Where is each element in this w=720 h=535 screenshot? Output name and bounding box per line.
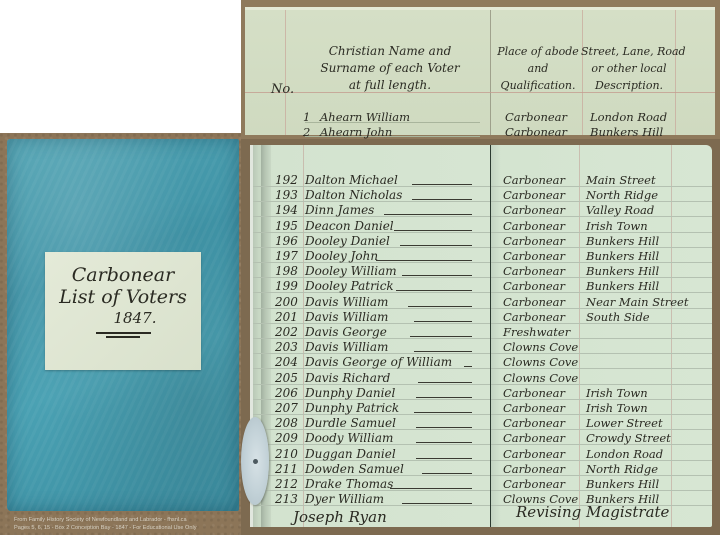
header-name-line-2: Surname of each Voter xyxy=(300,60,480,77)
fill-dash xyxy=(416,458,472,459)
voter-number: 196 xyxy=(275,234,298,248)
row-number: 1 xyxy=(303,110,310,124)
abode-cell: Carbonear xyxy=(503,431,565,445)
register-photo: 192Dalton Michael193Dalton Nicholas194Di… xyxy=(241,139,720,535)
fill-dash xyxy=(384,214,472,215)
voter-number: 197 xyxy=(275,249,298,263)
voter-name: Ahearn John xyxy=(320,125,392,139)
street-cell: Irish Town xyxy=(586,219,648,233)
header-number-column: No. xyxy=(271,82,294,97)
street-cell: Valley Road xyxy=(586,203,654,217)
fill-dash xyxy=(464,366,472,367)
abode-cell: Carbonear xyxy=(503,447,565,461)
abode-cell: Carbonear xyxy=(503,279,565,293)
header-abode-line-3: Qualification. xyxy=(493,77,583,94)
abode-cell: Carbonear xyxy=(503,401,565,415)
voter-name: Dowden Samuel xyxy=(305,462,404,476)
signature-revising-magistrate: Revising Magistrate xyxy=(516,503,669,521)
voter-name: Ahearn William xyxy=(320,110,410,124)
register-places-page: CarbonearMain StreetCarbonearNorth Ridge… xyxy=(490,145,712,527)
street-cell: Bunkers Hill xyxy=(586,264,659,278)
voter-name: Dyer William xyxy=(305,492,384,506)
abode-cell: Carbonear xyxy=(503,219,565,233)
header-abode-column: Place of abode and Qualification. xyxy=(493,43,583,94)
header-name-column: Christian Name and Surname of each Voter… xyxy=(300,43,480,94)
street-cell: Main Street xyxy=(586,173,656,187)
fill-dash xyxy=(402,275,472,276)
register-names-page: 192Dalton Michael193Dalton Nicholas194Di… xyxy=(250,145,490,527)
fill-dash xyxy=(414,412,472,413)
header-abode-line-2: and xyxy=(493,60,583,77)
voter-name: Davis William xyxy=(305,310,388,324)
voter-name: Davis William xyxy=(305,340,388,354)
fill-dash xyxy=(394,230,472,231)
fill-dash xyxy=(408,306,472,307)
voter-number: 200 xyxy=(275,295,298,309)
voter-number: 209 xyxy=(275,431,298,445)
header-street-line-3: Description. xyxy=(581,77,677,94)
cover-year: 1847. xyxy=(45,308,201,328)
fill-dash xyxy=(376,260,472,261)
voter-number: 202 xyxy=(275,325,298,339)
voter-number: 205 xyxy=(275,371,298,385)
abode-cell: Carbonear xyxy=(503,416,565,430)
voter-number: 192 xyxy=(275,173,298,187)
fill-dash xyxy=(414,321,472,322)
voter-name: Dinn James xyxy=(305,203,374,217)
voter-name: Doody William xyxy=(305,431,393,445)
street-cell: Crowdy Street xyxy=(586,431,671,445)
voter-name: Deacon Daniel xyxy=(305,219,394,233)
caption-line-2: Pages 5, 6, 15 - Box 2 Conception Bay - … xyxy=(14,525,239,533)
header-abode-line-1: Place of abode xyxy=(493,43,583,60)
voter-number: 213 xyxy=(275,492,298,506)
voter-number: 203 xyxy=(275,340,298,354)
margin-line xyxy=(285,10,286,135)
page-gutter xyxy=(490,10,491,135)
voter-name: Dalton Nicholas xyxy=(305,188,402,202)
voter-number: 212 xyxy=(275,477,298,491)
voter-name: Dunphy Daniel xyxy=(305,386,395,400)
cover-underline xyxy=(96,332,151,334)
street-cell: Near Main Street xyxy=(586,295,688,309)
cover-title-town: Carbonear xyxy=(45,264,201,286)
voter-number: 211 xyxy=(275,462,298,476)
fill-dash xyxy=(412,199,472,200)
tape-roll-hole xyxy=(253,459,258,464)
signature-joseph-ryan: Joseph Ryan xyxy=(293,508,387,526)
fill-dash xyxy=(418,382,472,383)
voter-number: 199 xyxy=(275,279,298,293)
fill-dash xyxy=(396,290,472,291)
voter-name: Davis George xyxy=(305,325,387,339)
abode-cell: Carbonear xyxy=(503,310,565,324)
voter-name: Dooley William xyxy=(305,264,397,278)
voter-name: Durdle Samuel xyxy=(305,416,396,430)
fill-dash xyxy=(400,245,472,246)
voter-number: 208 xyxy=(275,416,298,430)
fill-dash xyxy=(414,351,472,352)
cover-underline-short xyxy=(106,336,140,338)
cover-photo: Carbonear List of Voters 1847. From Fami… xyxy=(0,133,241,535)
street-cell: Bunkers Hill xyxy=(586,279,659,293)
abode-cell: Carbonear xyxy=(503,188,565,202)
fill-dash xyxy=(410,336,472,337)
street-cell: North Ridge xyxy=(586,188,658,202)
street-cell: Bunkers Hill xyxy=(586,249,659,263)
voter-name: Davis George of William xyxy=(305,355,452,369)
street-cell: North Ridge xyxy=(586,462,658,476)
street-cell: South Side xyxy=(586,310,650,324)
cover-label: Carbonear List of Voters 1847. xyxy=(45,252,201,370)
header-page: Christian Name and Surname of each Voter… xyxy=(245,7,715,135)
header-page-photo: Christian Name and Surname of each Voter… xyxy=(241,0,720,139)
abode-cell: Clowns Cove xyxy=(503,371,578,385)
abode-cell: Carbonear xyxy=(503,477,565,491)
fill-dash xyxy=(416,442,472,443)
header-name-line-1: Christian Name and xyxy=(300,43,480,60)
voter-number: 194 xyxy=(275,203,298,217)
abode-cell: Clowns Cove xyxy=(503,340,578,354)
abode-cell: Carbonear xyxy=(503,249,565,263)
voter-name: Drake Thomas xyxy=(305,477,393,491)
abode-cell: Freshwater xyxy=(503,325,570,339)
header-street-line-1: Street, Lane, Road xyxy=(581,43,677,60)
abode-cell: Carbonear xyxy=(505,125,567,139)
abode-cell: Carbonear xyxy=(503,295,565,309)
voter-number: 198 xyxy=(275,264,298,278)
fill-dash xyxy=(412,184,472,185)
fill-dash xyxy=(422,473,472,474)
fill-dash xyxy=(416,427,472,428)
voter-name: Davis Richard xyxy=(305,371,390,385)
voter-number: 206 xyxy=(275,386,298,400)
header-name-line-3: at full length. xyxy=(300,77,480,94)
abode-cell: Carbonear xyxy=(503,173,565,187)
voter-name: Duggan Daniel xyxy=(305,447,396,461)
fill-dash xyxy=(402,503,472,504)
street-cell: London Road xyxy=(586,447,663,461)
voter-number: 210 xyxy=(275,447,298,461)
tape-roll-weight xyxy=(241,417,269,505)
voter-number: 201 xyxy=(275,310,298,324)
voter-name: Dooley Patrick xyxy=(305,279,394,293)
street-cell: Bunkers Hill xyxy=(586,234,659,248)
voter-number: 195 xyxy=(275,219,298,233)
abode-cell: Clowns Cove xyxy=(503,355,578,369)
voter-name: Dalton Michael xyxy=(305,173,398,187)
header-row-2: 2 Ahearn John xyxy=(303,125,392,139)
header-row-1: 1 Ahearn William xyxy=(303,110,410,124)
voter-number: 193 xyxy=(275,188,298,202)
voter-name: Dunphy Patrick xyxy=(305,401,399,415)
street-cell: Bunkers Hill xyxy=(586,477,659,491)
book-cover: Carbonear List of Voters 1847. xyxy=(7,139,239,511)
cover-title-list: List of Voters xyxy=(45,286,201,308)
header-street-column: Street, Lane, Road or other local Descri… xyxy=(581,43,677,94)
abode-cell: Carbonear xyxy=(505,110,567,124)
header-street-line-2: or other local xyxy=(581,60,677,77)
voter-number: 204 xyxy=(275,355,298,369)
abode-cell: Carbonear xyxy=(503,386,565,400)
fill-dash xyxy=(390,488,472,489)
street-cell: Irish Town xyxy=(586,401,648,415)
source-caption: From Family History Society of Newfoundl… xyxy=(14,517,239,532)
voter-name: Dooley John xyxy=(305,249,378,263)
street-cell: Lower Street xyxy=(586,416,663,430)
abode-cell: Carbonear xyxy=(503,264,565,278)
voter-name: Dooley Daniel xyxy=(305,234,390,248)
fill-dash xyxy=(416,397,472,398)
street-cell: London Road xyxy=(590,110,667,124)
row-number: 2 xyxy=(303,125,310,139)
abode-cell: Carbonear xyxy=(503,203,565,217)
street-cell: Bunkers Hill xyxy=(590,125,663,139)
abode-cell: Carbonear xyxy=(503,234,565,248)
caption-line-1: From Family History Society of Newfoundl… xyxy=(14,517,239,525)
voter-number: 207 xyxy=(275,401,298,415)
voter-name: Davis William xyxy=(305,295,388,309)
abode-cell: Carbonear xyxy=(503,462,565,476)
street-cell: Irish Town xyxy=(586,386,648,400)
